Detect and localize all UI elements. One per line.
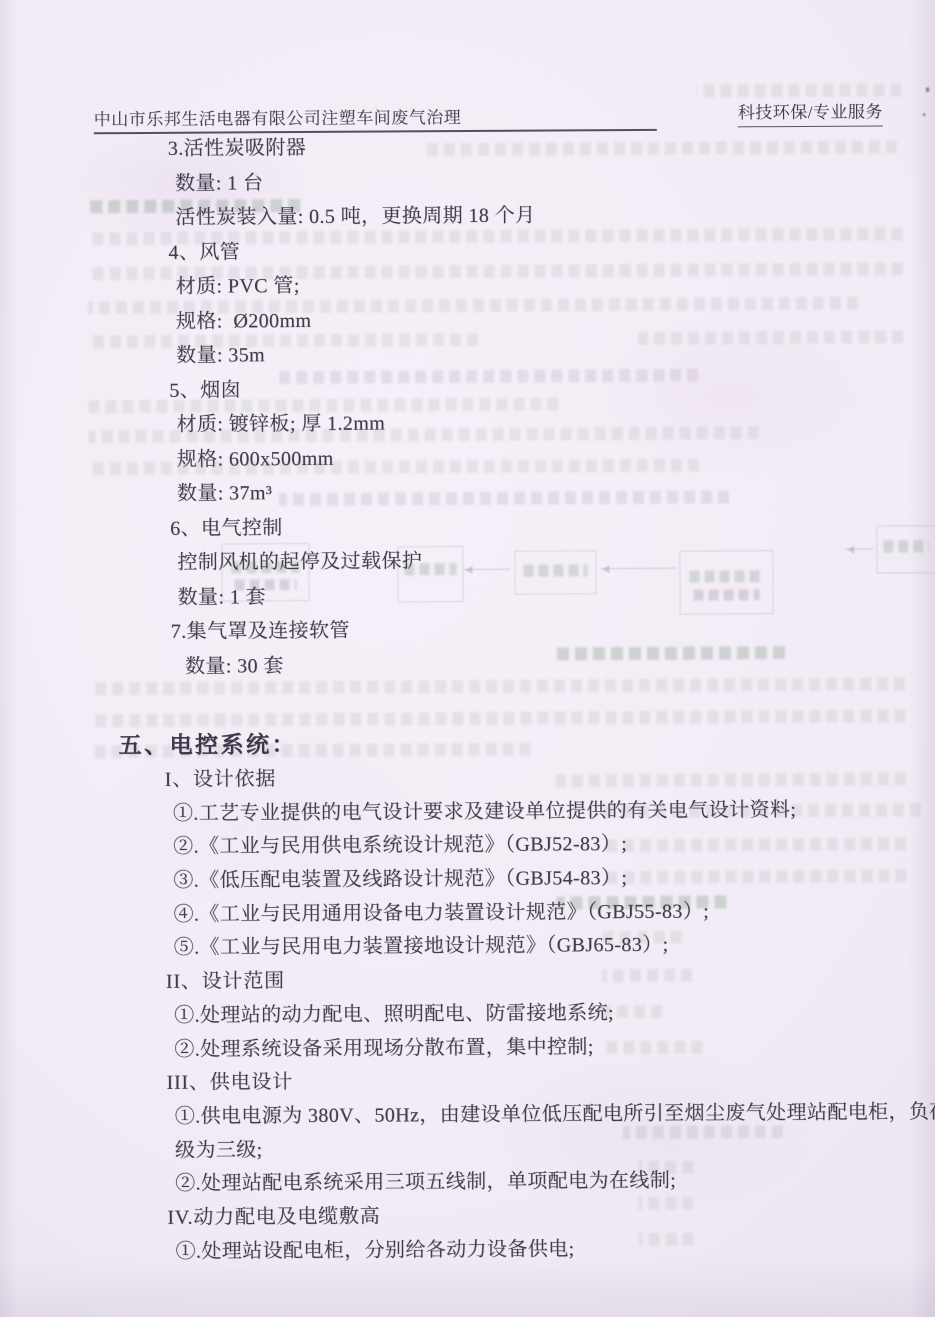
doc-line: 材质: 镀锌板; 厚 1.2mm bbox=[170, 410, 910, 449]
doc-line: 3.活性炭吸附器 bbox=[168, 134, 908, 173]
doc-line: 6、电气控制 bbox=[170, 514, 910, 553]
doc-line: ②.《工业与民用供电系统设计规范》（GBJ52-83）; bbox=[165, 832, 935, 870]
doc-line: 规格: Ø200mm bbox=[169, 307, 909, 346]
doc-line: 数量: 1 台 bbox=[168, 169, 908, 208]
bleed-through-line bbox=[696, 83, 901, 97]
scan-speck bbox=[926, 87, 930, 92]
doc-line: 数量: 30 套 bbox=[171, 652, 911, 691]
doc-line: ①.处理站的动力配电、照明配电、防雷接地系统; bbox=[166, 1001, 935, 1039]
document-header-tagline: 科技环保/专业服务 bbox=[738, 97, 883, 127]
scan-speck bbox=[923, 113, 926, 116]
doc-line: 材质: PVC 管; bbox=[169, 272, 909, 311]
electrical-section-list: I、设计依据①.工艺专业提供的电气设计要求及建设单位提供的有关电气设计资料;②.… bbox=[165, 765, 935, 1275]
doc-line: 控制风机的起停及过载保护 bbox=[170, 548, 910, 587]
equipment-spec-list: 3.活性炭吸附器数量: 1 台活性炭装入量: 0.5 吨，更换周期 18 个月4… bbox=[168, 134, 911, 691]
doc-line: 规格: 600x500mm bbox=[170, 445, 910, 484]
doc-line: ④.《工业与民用通用设备电力装置设计规范》（GBJ55-83）; bbox=[165, 900, 935, 938]
doc-line: 数量: 1 套 bbox=[171, 583, 911, 622]
doc-line: 4、风管 bbox=[168, 238, 908, 277]
doc-line: IV.动力配电及电缆敷高 bbox=[167, 1203, 935, 1241]
section-title: 五、电控系统： bbox=[118, 726, 297, 760]
doc-line: 7.集气罩及连接软管 bbox=[171, 617, 911, 656]
doc-line: ①.处理站设配电柜，分别给各动力设备供电; bbox=[168, 1237, 935, 1275]
doc-line: ①.供电电源为 380V、50Hz，由建设单位低压配电所引至烟尘废气处理站配电柜… bbox=[167, 1102, 935, 1140]
doc-line: ③.《低压配电装置及线路设计规范》（GBJ54-83）; bbox=[165, 866, 935, 904]
bleed-through-line bbox=[90, 709, 905, 727]
doc-line: ⑤.《工业与民用电力装置接地设计规范》（GBJ65-83）; bbox=[166, 934, 935, 972]
document-header-title: 中山市乐邦生活电器有限公司注塑车间废气治理 bbox=[94, 102, 657, 134]
doc-line: II、设计范围 bbox=[166, 967, 935, 1005]
doc-line: 5、烟囱 bbox=[169, 376, 909, 415]
doc-line: I、设计依据 bbox=[165, 765, 935, 803]
doc-line: ②.处理站配电系统采用三项五线制，单项配电为在线制; bbox=[167, 1169, 935, 1207]
doc-line: 活性炭装入量: 0.5 吨，更换周期 18 个月 bbox=[168, 203, 908, 242]
doc-line: 数量: 37m³ bbox=[170, 479, 910, 518]
doc-line: ②.处理系统设备采用现场分散布置，集中控制; bbox=[166, 1035, 935, 1073]
doc-line: ①.工艺专业提供的电气设计要求及建设单位提供的有关电气设计资料; bbox=[165, 799, 935, 837]
doc-line: 级为三级; bbox=[167, 1136, 935, 1174]
doc-line: 数量: 35m bbox=[169, 341, 909, 380]
scanned-document-page: 中山市乐邦生活电器有限公司注塑车间废气治理 科技环保/专业服务 3.活性炭吸附器… bbox=[0, 0, 935, 1317]
